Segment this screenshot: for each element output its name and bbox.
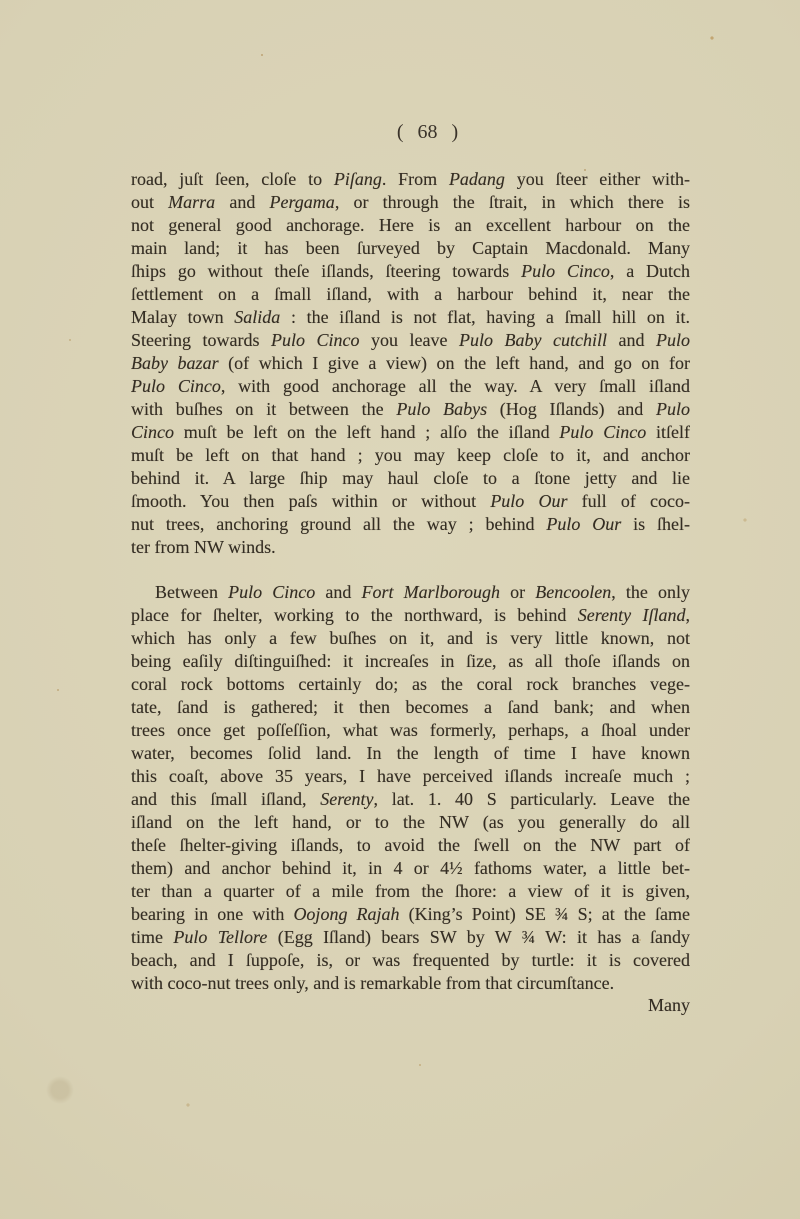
text-line: main land; it has been ſurveyed by Capta… [131,237,690,260]
text-segment: full of coco- [568,491,691,511]
text-segment: , with good anchorage all the way. A ver… [221,376,690,396]
text-segment: time [131,927,173,947]
text-segment: Between [155,582,228,602]
text-segment: muſt be left on the left hand ; alſo the… [174,422,559,442]
italic-text-segment: Marra [168,192,215,212]
text-segment: (Egg Iſland) bears SW by W ¾ W: it has a… [267,927,690,947]
text-segment: itſelf [646,422,690,442]
text-line: behind it. A large ſhip may haul cloſe t… [131,467,690,490]
text-segment: with buſhes on it between the [131,399,396,419]
text-segment: Malay town [131,307,234,327]
text-line: not general good anchorage. Here is an e… [131,214,690,237]
text-line: place for ſhelter, working to the northw… [131,604,690,627]
text-segment: coral rock bottoms certainly do; as the … [131,674,690,694]
text-segment: road, juſt ſeen, cloſe to [131,169,334,189]
text-segment: and [215,192,269,212]
text-line: trees once get poſſeſſion, what was form… [131,719,690,742]
text-segment: with coco-nut trees only, and is remarka… [131,973,614,993]
text-segment: and [315,582,361,602]
text-segment: ſmooth. You then paſs within or without [131,491,490,511]
text-segment: , a Dutch [610,261,690,281]
text-line: being eaſily diſtinguiſhed: it increaſes… [131,650,690,673]
text-line: Malay town Salida : the iſland is not fl… [131,306,690,329]
text-segment: and [607,330,656,350]
text-line: Between Pulo Cinco and Fort Marlborough … [131,581,690,604]
text-segment: tate, ſand is gathered; it then becomes … [131,697,690,717]
text-segment: beach, and I ſuppoſe, is, or was frequen… [131,950,690,970]
text-segment: being eaſily diſtinguiſhed: it increaſes… [131,651,690,671]
catchword: Many [131,995,690,1016]
text-segment: (Hog Iſlands) and [487,399,656,419]
text-segment: muſt be left on that hand ; you may keep… [131,445,690,465]
italic-text-segment: Oojong Rajah [293,904,399,924]
text-segment: bearing in one with [131,904,293,924]
italic-text-segment: Pulo [656,399,690,419]
text-line: ter than a quarter of a mile from the ſh… [131,880,690,903]
italic-text-segment: Cinco [131,422,174,442]
text-line: Steering towards Pulo Cinco you leave Pu… [131,329,690,352]
text-segment: you leave [360,330,460,350]
text-line: ſhips go without theſe iſlands, ſteering… [131,260,690,283]
text-segment: nut trees, anchoring ground all the way … [131,514,546,534]
text-line: Baby bazar (of which I give a view) on t… [131,352,690,375]
text-line: with buſhes on it between the Pulo Babys… [131,398,690,421]
text-segment: main land; it has been ſurveyed by Capta… [131,238,690,258]
text-line: Cinco muſt be left on the left hand ; al… [131,421,690,444]
italic-text-segment: Pulo Cinco [521,261,610,281]
italic-text-segment: Baby bazar [131,353,219,373]
text-line: nut trees, anchoring ground all the way … [131,513,690,536]
text-line: beach, and I ſuppoſe, is, or was frequen… [131,949,690,972]
text-line: them) and anchor behind it, in 4 or 4½ f… [131,857,690,880]
text-line: time Pulo Tellore (Egg Iſland) bears SW … [131,926,690,949]
text-segment: . From [382,169,449,189]
paragraph: road, juſt ſeen, cloſe to Piſang. From P… [131,168,690,559]
book-page: ( 68 ) road, juſt ſeen, cloſe to Piſang.… [0,0,800,1219]
text-segment: them) and anchor behind it, in 4 or 4½ f… [131,858,690,878]
italic-text-segment: Pulo Our [490,491,567,511]
paragraph: Between Pulo Cinco and Fort Marlborough … [131,581,690,995]
text-line: ſmooth. You then paſs within or without … [131,490,690,513]
page-number: ( 68 ) [131,121,690,144]
italic-text-segment: Salida [234,307,280,327]
text-line: theſe ſhelter-giving iſlands, to avoid t… [131,834,690,857]
text-segment: Steering towards [131,330,271,350]
text-segment: you ſteer either with- [505,169,690,189]
text-line: coral rock bottoms certainly do; as the … [131,673,690,696]
text-line: ſettlement on a ſmall iſland, with a har… [131,283,690,306]
text-segment: theſe ſhelter-giving iſlands, to avoid t… [131,835,690,855]
text-line: with coco-nut trees only, and is remarka… [131,972,690,995]
italic-text-segment: Pulo Cinco [559,422,646,442]
text-line: out Marra and Pergama, or through the ſt… [131,191,690,214]
italic-text-segment: Bencoolen [535,582,611,602]
text-line: ter from NW winds. [131,536,690,559]
italic-text-segment: Pulo Our [546,514,621,534]
italic-text-segment: Pulo Cinco [271,330,360,350]
italic-text-segment: Pulo Cinco [131,376,221,396]
italic-text-segment: Fort Marlborough [362,582,500,602]
text-segment: place for ſhelter, working to the northw… [131,605,578,625]
text-segment: , lat. 1. 40 S particularly. Leave the [374,789,690,809]
text-segment: ſettlement on a ſmall iſland, with a har… [131,284,690,304]
text-line: tate, ſand is gathered; it then becomes … [131,696,690,719]
text-line: bearing in one with Oojong Rajah (King’s… [131,903,690,926]
text-line: Pulo Cinco, with good anchorage all the … [131,375,690,398]
text-segment: trees once get poſſeſſion, what was form… [131,720,690,740]
text-segment: ter from NW winds. [131,537,276,557]
italic-text-segment: Pulo Babys [396,399,487,419]
text-segment: (of which I give a view) on the left han… [219,353,690,373]
italic-text-segment: Serenty [320,789,373,809]
italic-text-segment: Piſang [334,169,382,189]
text-segment: (King’s Point) SE ¾ S; at the ſame [400,904,690,924]
italic-text-segment: Pulo Tellore [173,927,267,947]
text-segment: this coaſt, above 35 years, I have perce… [131,766,690,786]
body-text: road, juſt ſeen, cloſe to Piſang. From P… [131,168,690,995]
text-segment: , the only [611,582,690,602]
italic-text-segment: Pulo Cinco [228,582,315,602]
text-line: iſland on the left hand, or to the NW (a… [131,811,690,834]
text-line: this coaſt, above 35 years, I have perce… [131,765,690,788]
italic-text-segment: Serenty Iſland [578,605,686,625]
text-segment: : the iſland is not flat, having a ſmall… [280,307,690,327]
italic-text-segment: Padang [449,169,505,189]
text-segment: not general good anchorage. Here is an e… [131,215,690,235]
text-line: muſt be left on that hand ; you may keep… [131,444,690,467]
text-line: which has only a few buſhes on it, and i… [131,627,690,650]
text-line: water, becomes ſolid land. In the length… [131,742,690,765]
text-segment: and this ſmall iſland, [131,789,320,809]
text-segment: , or through the ſtrait, in which there … [335,192,690,212]
text-segment: iſland on the left hand, or to the NW (a… [131,812,690,832]
text-segment: , [686,605,690,625]
text-segment: ſhips go without theſe iſlands, ſteering… [131,261,521,281]
text-segment: water, becomes ſolid land. In the length… [131,743,690,763]
text-segment: or [500,582,535,602]
text-segment: is ſhel- [621,514,690,534]
text-segment: behind it. A large ſhip may haul cloſe t… [131,468,690,488]
text-segment: ter than a quarter of a mile from the ſh… [131,881,690,901]
text-segment: which has only a few buſhes on it, and i… [131,628,690,648]
text-line: and this ſmall iſland, Serenty, lat. 1. … [131,788,690,811]
italic-text-segment: Pulo [656,330,690,350]
text-line: road, juſt ſeen, cloſe to Piſang. From P… [131,168,690,191]
italic-text-segment: Pergama [269,192,334,212]
text-segment: out [131,192,168,212]
italic-text-segment: Pulo Baby cutchill [459,330,607,350]
